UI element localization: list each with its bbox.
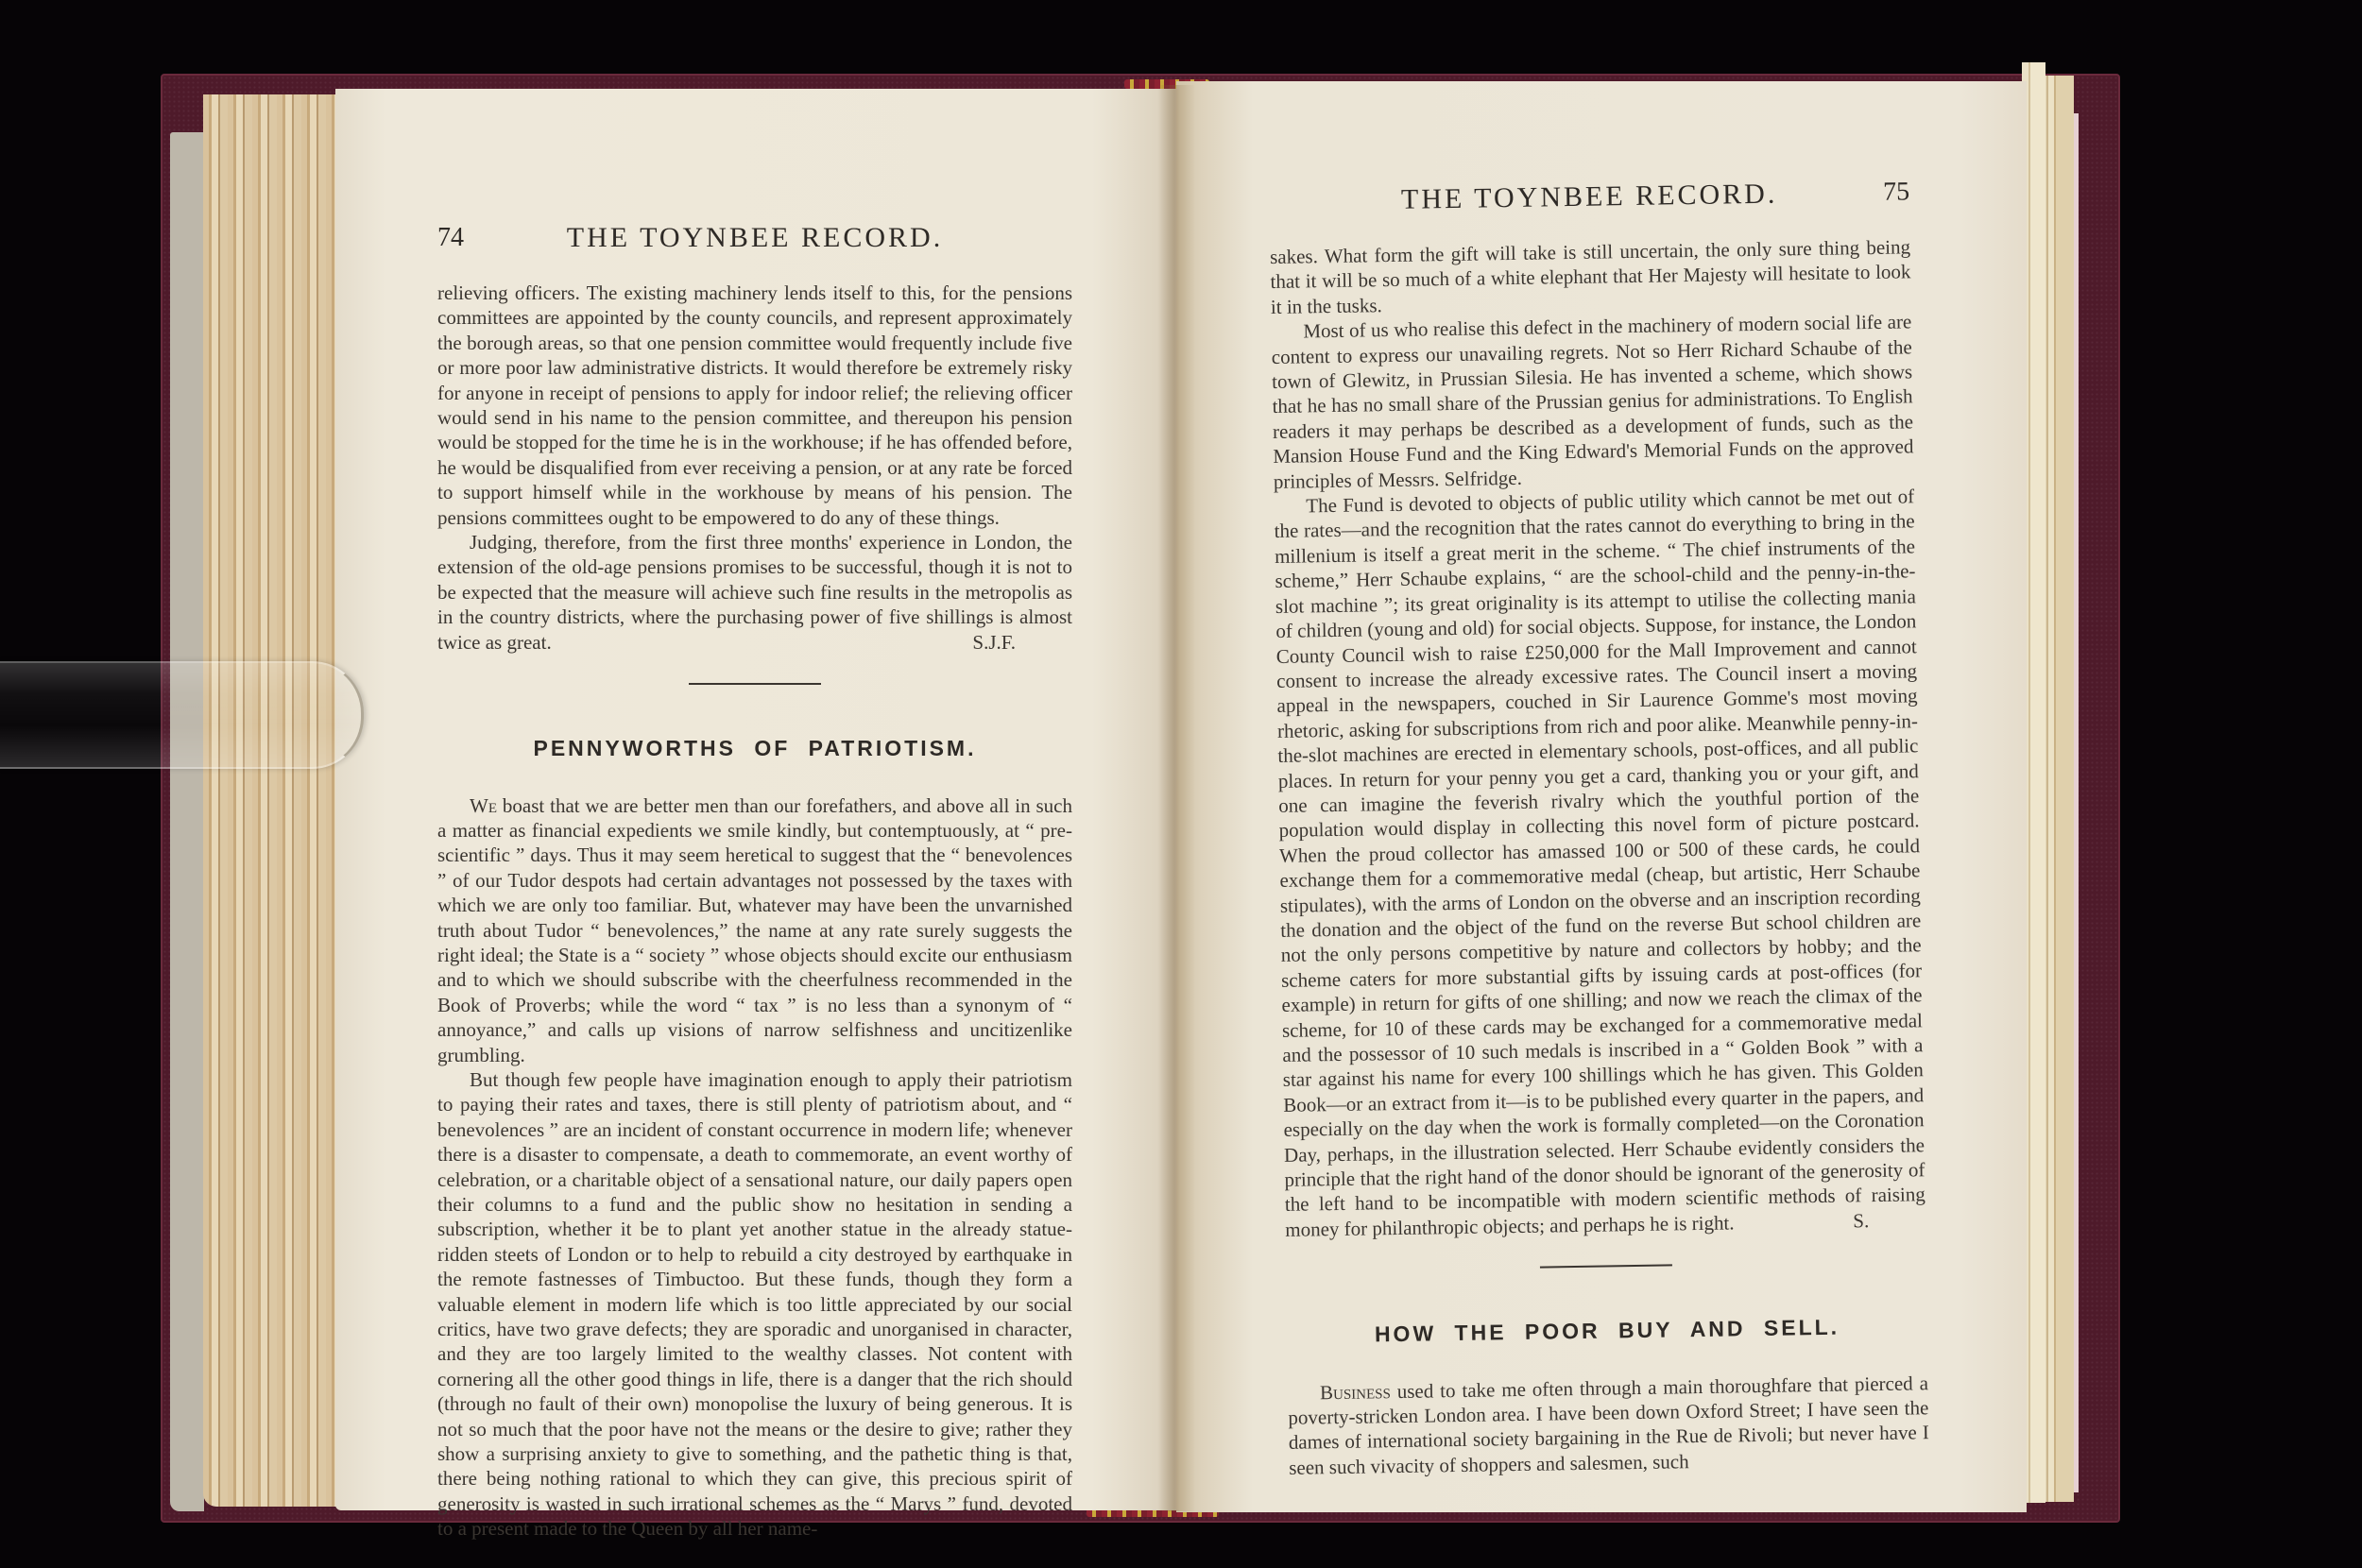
paragraph: sakes. What form the gift will take is s… bbox=[1270, 234, 1911, 319]
right-page-stack bbox=[2041, 76, 2074, 1502]
section-divider bbox=[1540, 1265, 1672, 1269]
gutter-shadow bbox=[1157, 85, 1195, 1511]
drop-word: Business bbox=[1320, 1380, 1391, 1404]
paragraph: But though few people have imagination e… bbox=[437, 1067, 1072, 1542]
paragraph: Business used to take me often through a… bbox=[1288, 1371, 1930, 1480]
paragraph-text: boast that we are better men than our fo… bbox=[437, 794, 1072, 1066]
section-divider bbox=[689, 683, 821, 685]
page-number: 74 bbox=[437, 226, 464, 250]
running-title: THE TOYNBEE RECORD. bbox=[437, 226, 1072, 250]
section-title: HOW THE POOR BUY AND SELL. bbox=[1287, 1313, 1927, 1348]
paragraph: We boast that we are better men than our… bbox=[437, 793, 1072, 1067]
left-page-stack bbox=[203, 94, 354, 1507]
left-endpaper bbox=[170, 132, 204, 1511]
left-page: 74 THE TOYNBEE RECORD. relieving officer… bbox=[335, 89, 1176, 1510]
running-title: THE TOYNBEE RECORD. bbox=[1269, 179, 1909, 214]
right-page: THE TOYNBEE RECORD. 75 sakes. What form … bbox=[1176, 81, 2027, 1512]
paragraph: The Fund is devoted to objects of public… bbox=[1274, 484, 1926, 1242]
right-page-text: THE TOYNBEE RECORD. 75 sakes. What form … bbox=[1269, 179, 1929, 1480]
paragraph: relieving officers. The existing machine… bbox=[437, 281, 1072, 530]
left-page-text: 74 THE TOYNBEE RECORD. relieving officer… bbox=[437, 226, 1072, 1542]
drop-word: We bbox=[470, 794, 497, 817]
glass-page-weight bbox=[0, 661, 364, 769]
page-number: 75 bbox=[1883, 179, 1909, 205]
section-title: PENNYWORTHS OF PATRIOTISM. bbox=[437, 736, 1072, 760]
left-running-head: 74 THE TOYNBEE RECORD. bbox=[437, 226, 1072, 264]
paragraph: Most of us who realise this defect in th… bbox=[1271, 310, 1914, 494]
right-running-head: THE TOYNBEE RECORD. 75 bbox=[1269, 179, 1910, 228]
